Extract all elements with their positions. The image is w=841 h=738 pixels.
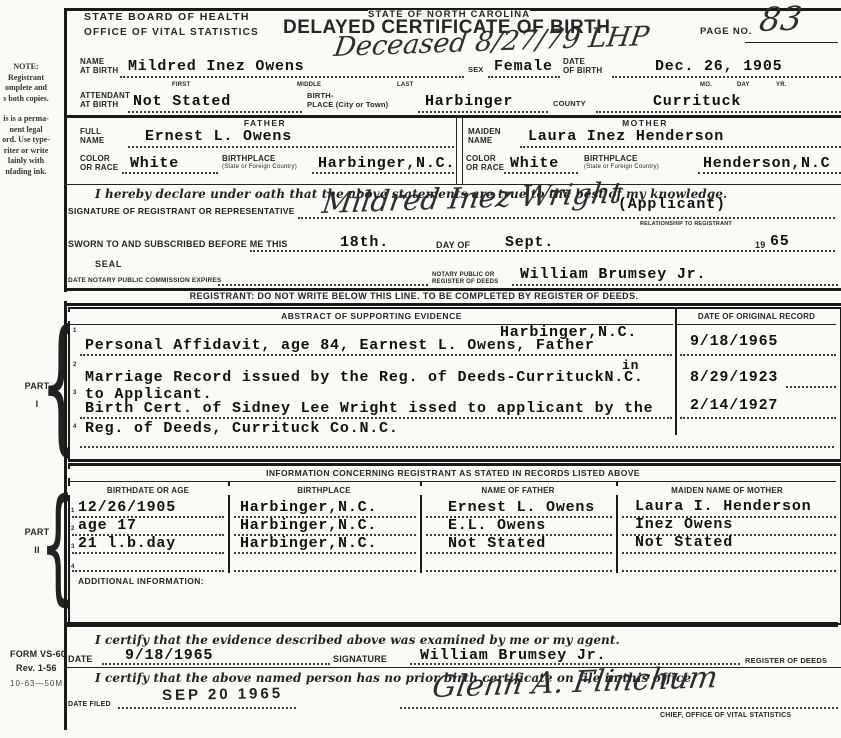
relationship-label: RELATIONSHIP TO REGISTRANT bbox=[640, 221, 732, 228]
sex-value: Female bbox=[494, 59, 553, 74]
abstract-row2-text: Marriage Record issued by the Reg. of De… bbox=[85, 370, 644, 385]
last-sublabel: LAST bbox=[397, 82, 413, 89]
month-sublabel: MO. bbox=[700, 82, 712, 89]
note-line: omplete and bbox=[0, 83, 58, 94]
margin-note: NOTE: Registrant omplete and s both copi… bbox=[0, 62, 58, 177]
dotted-line bbox=[80, 446, 834, 448]
note-line: ord. Use type- bbox=[0, 135, 58, 146]
form-revision: Rev. 1-56 bbox=[16, 664, 57, 673]
abstract-row4-text: Reg. of Deeds, Currituck Co.N.C. bbox=[85, 421, 399, 436]
applicant-note: (Applicant) bbox=[618, 197, 726, 212]
part2-title-rule bbox=[70, 481, 836, 482]
dotted-line bbox=[72, 570, 224, 572]
agency-name: STATE BOARD OF HEALTH bbox=[84, 13, 250, 22]
table-cell: Inez Owens bbox=[635, 517, 733, 532]
dotted-line bbox=[622, 552, 836, 554]
dotted-line bbox=[520, 146, 841, 148]
date-filed-label: DATE FILED bbox=[68, 701, 111, 708]
name-at-birth-label: NAME AT BIRTH bbox=[80, 58, 118, 75]
chief-role-label: CHIEF, OFFICE OF VITAL STATISTICS bbox=[660, 712, 791, 719]
notary-expires-label: DATE NOTARY PUBLIC COMMISSION EXPIRES bbox=[68, 277, 221, 284]
maiden-name-label: MAIDEN NAME bbox=[468, 128, 501, 145]
abstract-row1-date: 9/18/1965 bbox=[690, 334, 778, 349]
table-cell: Laura I. Henderson bbox=[635, 499, 811, 514]
part2-row-num: 1 bbox=[71, 508, 75, 515]
table-cell: Harbinger,N.C. bbox=[240, 500, 377, 515]
notary-or-register-label: NOTARY PUBLIC OR REGISTER OF DEEDS bbox=[432, 272, 498, 286]
col-birthplace-header: BIRTHPLACE bbox=[228, 486, 420, 495]
abstract-row-num: 1 bbox=[73, 328, 77, 335]
abstract-row2-date: 8/29/1923 bbox=[690, 370, 778, 385]
dotted-line bbox=[122, 172, 218, 174]
do-not-write-instruction: REGISTRANT: DO NOT WRITE BELOW THIS LINE… bbox=[64, 292, 764, 301]
father-birthplace-label: BIRTHPLACE (State or Foreign Country) bbox=[222, 155, 297, 171]
form-print-code: 10-63—50M bbox=[10, 679, 63, 688]
dotted-line bbox=[298, 217, 835, 219]
note-line: nent legal bbox=[0, 125, 58, 136]
abstract-date-divider bbox=[675, 307, 677, 435]
year-sublabel: YR. bbox=[776, 82, 787, 89]
sworn-year-value: 65 bbox=[770, 234, 790, 249]
dotted-line bbox=[596, 111, 841, 113]
dotted-line bbox=[234, 570, 416, 572]
register-signature-value: William Brumsey Jr. bbox=[420, 648, 606, 663]
section-rule bbox=[64, 115, 841, 118]
attendant-label: ATTENDANT AT BIRTH bbox=[80, 92, 130, 109]
day-sublabel: DAY bbox=[737, 82, 750, 89]
additional-information-label: ADDITIONAL INFORMATION: bbox=[78, 577, 204, 586]
mother-color-value: White bbox=[510, 156, 559, 171]
dotted-line bbox=[128, 146, 454, 148]
sworn-prefix: SWORN TO AND SUBSCRIBED BEFORE ME THIS bbox=[68, 240, 288, 249]
part2-row-num: 3 bbox=[71, 544, 75, 551]
dotted-line bbox=[312, 172, 454, 174]
notary-signature-value: William Brumsey Jr. bbox=[520, 267, 706, 282]
dotted-line bbox=[680, 354, 836, 356]
mother-birthplace-value: Henderson,N.C bbox=[703, 156, 830, 171]
full-name-label: FULL NAME bbox=[80, 128, 104, 145]
part2-title: INFORMATION CONCERNING REGISTRANT AS STA… bbox=[68, 469, 838, 478]
dotted-line bbox=[400, 707, 838, 709]
county-value: Currituck bbox=[653, 94, 741, 109]
dotted-line bbox=[612, 76, 841, 78]
dotted-line bbox=[512, 284, 838, 286]
name-at-birth-value: Mildred Inez Owens bbox=[128, 59, 304, 74]
col-mother-header: MAIDEN NAME OF MOTHER bbox=[616, 486, 838, 495]
note-line: s both copies. bbox=[0, 94, 58, 105]
page-no-label: PAGE NO. bbox=[700, 27, 752, 36]
dotted-line bbox=[426, 552, 612, 554]
table-cell: Harbinger,N.C. bbox=[240, 518, 377, 533]
agency-office: OFFICE OF VITAL STATISTICS bbox=[84, 28, 259, 37]
note-line: nfading ink. bbox=[0, 167, 58, 178]
father-name-value: Ernest L. Owens bbox=[145, 129, 292, 144]
abstract-header-rule bbox=[677, 324, 836, 325]
dotted-line bbox=[418, 111, 548, 113]
dotted-line bbox=[622, 570, 836, 572]
note-line: is is a perma- bbox=[0, 114, 58, 125]
date-label: DATE bbox=[68, 655, 93, 664]
abstract-row1-text: Personal Affidavit, age 84, Earnest L. O… bbox=[85, 338, 595, 353]
mother-header: MOTHER bbox=[580, 119, 710, 128]
county-label: COUNTY bbox=[553, 99, 586, 108]
birthplace-city-label: BIRTH- PLACE (City or Town) bbox=[307, 92, 388, 109]
table-cell: Not Stated bbox=[448, 536, 546, 551]
sworn-month-value: Sept. bbox=[505, 235, 554, 250]
table-cell: 12/26/1905 bbox=[78, 500, 176, 515]
scanned-certificate: NOTE: Registrant omplete and s both copi… bbox=[0, 0, 841, 738]
abstract-header: ABSTRACT OF SUPPORTING EVIDENCE bbox=[68, 312, 675, 321]
dotted-line bbox=[504, 172, 578, 174]
dotted-line bbox=[488, 76, 560, 78]
registrant-signature-label: SIGNATURE OF REGISTRANT OR REPRESENTATIV… bbox=[68, 206, 295, 216]
dotted-line bbox=[698, 172, 841, 174]
attendant-value: Not Stated bbox=[133, 94, 231, 109]
registrant-signature-script: Mildred Inez Wright bbox=[320, 176, 624, 220]
father-header: FATHER bbox=[200, 119, 330, 128]
day-of-label: DAY OF bbox=[432, 241, 474, 250]
note-line: lainly with bbox=[0, 156, 58, 167]
dotted-line bbox=[786, 386, 836, 388]
mother-name-value: Laura Inez Henderson bbox=[528, 129, 724, 144]
table-cell: E.L. Owens bbox=[448, 518, 546, 533]
father-color-label: COLOR OR RACE bbox=[80, 155, 118, 172]
middle-sublabel: MIDDLE bbox=[297, 82, 321, 89]
dotted-line bbox=[120, 76, 464, 78]
dotted-line bbox=[80, 354, 672, 356]
note-line: Registrant bbox=[0, 73, 58, 84]
certify-date-value: 9/18/1965 bbox=[125, 648, 213, 663]
abstract-row-num: 3 bbox=[73, 390, 77, 397]
mother-color-label: COLOR OR RACE bbox=[466, 155, 504, 172]
date-filed-stamp: SEP 20 1965 bbox=[162, 685, 283, 704]
year-printed: 19 bbox=[753, 241, 767, 250]
parents-divider bbox=[456, 117, 463, 185]
father-birthplace-value: Harbinger,N.C. bbox=[318, 156, 455, 171]
form-code: FORM VS-60 bbox=[10, 650, 66, 659]
heavy-rule bbox=[64, 303, 841, 306]
col-birthdate-header: BIRTHDATE OR AGE bbox=[68, 486, 228, 495]
abstract-row-num: 2 bbox=[73, 362, 77, 369]
dotted-line bbox=[218, 284, 428, 286]
dotted-line bbox=[128, 111, 302, 113]
sworn-day-value: 18th. bbox=[340, 235, 389, 250]
dotted-line bbox=[72, 552, 224, 554]
register-of-deeds-role: REGISTER OF DEEDS bbox=[745, 656, 827, 665]
date-of-birth-value: Dec. 26, 1905 bbox=[655, 59, 782, 74]
dotted-line bbox=[680, 417, 836, 419]
birthplace-city-value: Harbinger bbox=[425, 94, 513, 109]
part2-row-num: 2 bbox=[71, 526, 75, 533]
page-no-line bbox=[745, 42, 838, 43]
table-cell: Harbinger,N.C. bbox=[240, 536, 377, 551]
father-color-value: White bbox=[130, 156, 179, 171]
heavy-bar bbox=[64, 622, 838, 627]
mother-birthplace-label: BIRTHPLACE (State or Foreign Country) bbox=[584, 155, 659, 171]
dotted-line bbox=[426, 570, 612, 572]
dotted-line bbox=[118, 707, 296, 709]
dotted-line bbox=[80, 417, 672, 419]
original-record-header: DATE OF ORIGINAL RECORD bbox=[677, 312, 836, 321]
note-line: riter or write bbox=[0, 146, 58, 157]
dotted-line bbox=[102, 663, 330, 665]
dotted-line bbox=[234, 552, 416, 554]
table-cell: 21 l.b.day bbox=[78, 536, 176, 551]
seal-label: SEAL bbox=[95, 260, 122, 269]
table-cell: Ernest L. Owens bbox=[448, 500, 595, 515]
page-no-value: 83 bbox=[757, 0, 805, 39]
date-of-birth-label: DATE OF BIRTH bbox=[563, 58, 602, 75]
table-cell: age 17 bbox=[78, 518, 137, 533]
section-rule bbox=[64, 667, 841, 668]
first-sublabel: FIRST bbox=[172, 82, 190, 89]
abstract-row3-text2: Birth Cert. of Sidney Lee Wright issed t… bbox=[85, 401, 653, 416]
abstract-row3-date: 2/14/1927 bbox=[690, 398, 778, 413]
note-line: NOTE: bbox=[0, 62, 58, 73]
table-cell: Not Stated bbox=[635, 535, 733, 550]
signature-label: SIGNATURE bbox=[333, 655, 387, 664]
col-father-header: NAME OF FATHER bbox=[420, 486, 616, 495]
sex-label: SEX bbox=[468, 65, 484, 74]
evidence-certification: I certify that the evidence described ab… bbox=[95, 633, 620, 647]
abstract-row-num: 4 bbox=[73, 424, 77, 431]
